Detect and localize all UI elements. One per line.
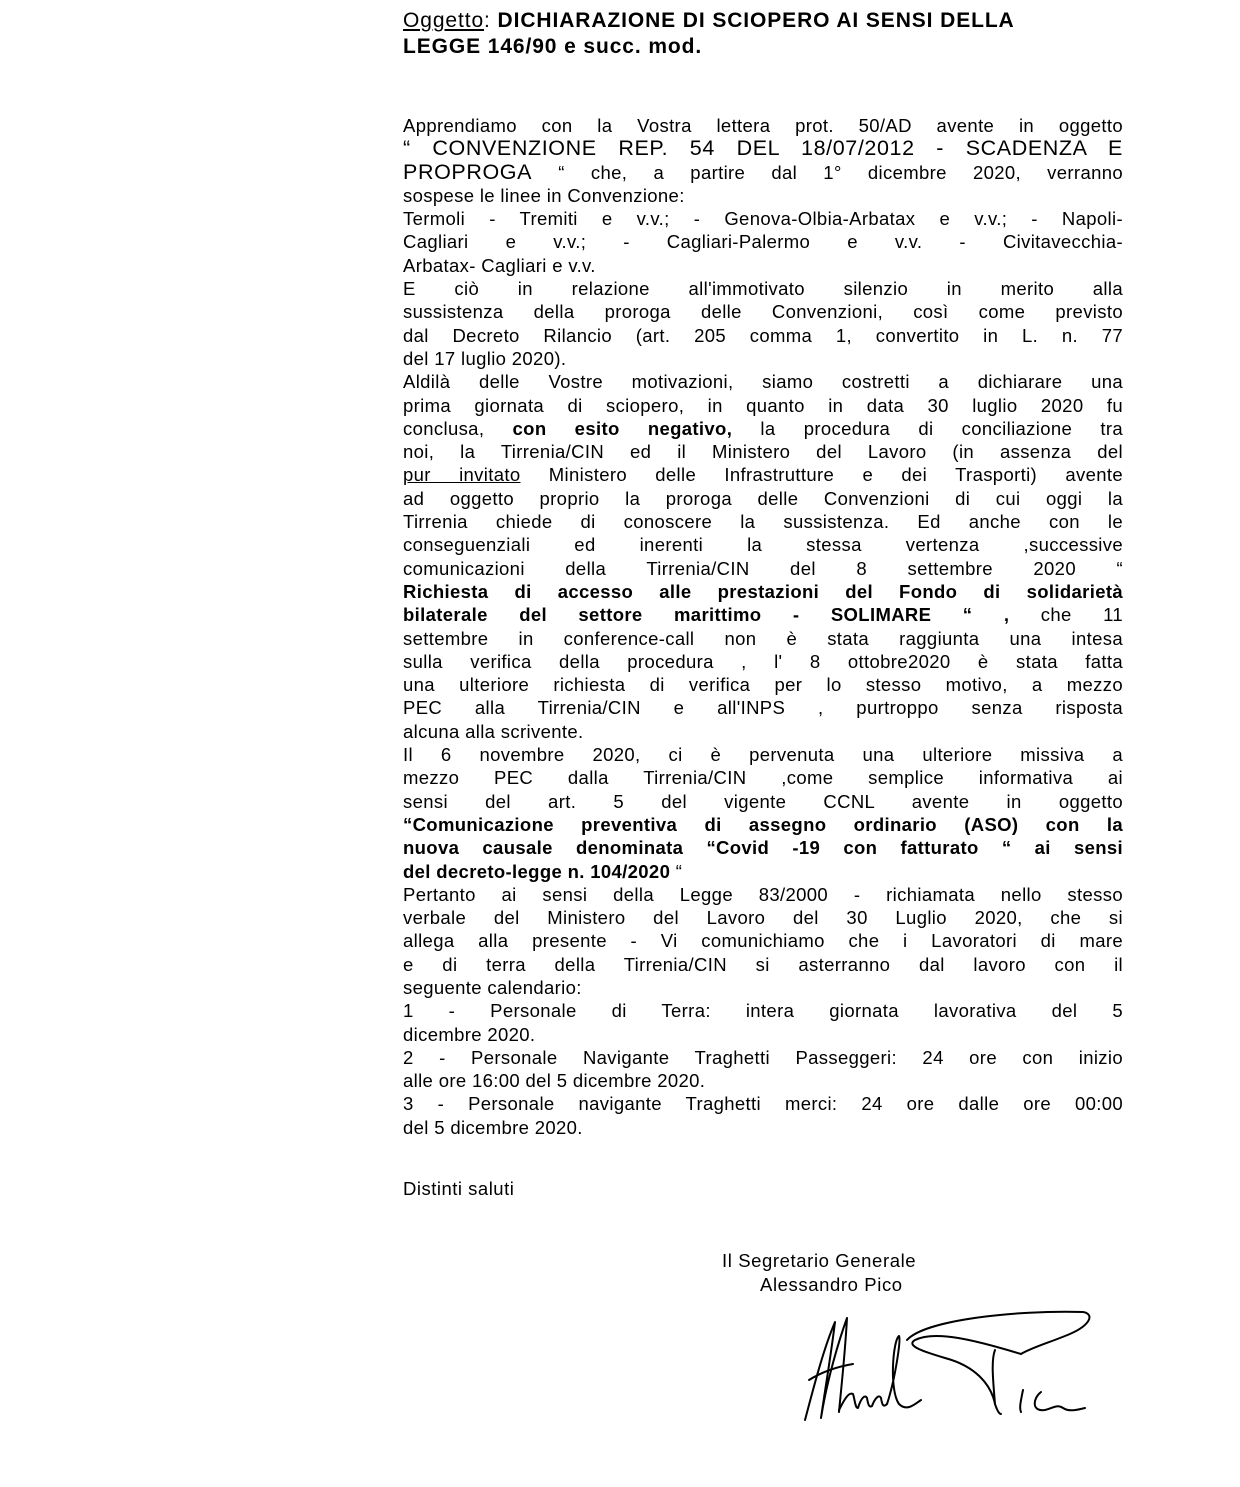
subject-heading: Oggetto: DICHIARAZIONE DI SCIOPERO AI SE… <box>403 8 1123 60</box>
body-line: alle ore 16:00 del 5 dicembre 2020. <box>403 1069 1123 1092</box>
body-line: PROPROGA “ che, a partire dal 1° dicembr… <box>403 161 1123 184</box>
body-line: “ CONVENZIONE REP. 54 DEL 18/07/2012 - S… <box>403 137 1123 160</box>
subject-label: Oggetto <box>403 9 484 32</box>
body-line: Il 6 novembre 2020, ci è pervenuta una u… <box>403 743 1123 766</box>
underlined-text: pur invitato <box>403 464 521 485</box>
body-line: Pertanto ai sensi della Legge 83/2000 - … <box>403 883 1123 906</box>
body-line: prima giornata di sciopero, in quanto in… <box>403 394 1123 417</box>
body-line: “Comunicazione preventiva di assegno ord… <box>403 813 1123 836</box>
signature-icon <box>795 1300 1095 1430</box>
schedule-item: 1 - Personale di Terra: intera giornata … <box>403 999 1123 1022</box>
body-line: sulla verifica della procedura , l' 8 ot… <box>403 650 1123 673</box>
body-line: PEC alla Tirrenia/CIN e all'INPS , purtr… <box>403 696 1123 719</box>
subject-title-line2: LEGGE 146/90 e succ. mod. <box>403 35 702 58</box>
letter-body: Apprendiamo con la Vostra lettera prot. … <box>403 114 1123 1139</box>
body-line: alcuna alla scrivente. <box>403 720 1123 743</box>
body-line: Arbatax- Cagliari e v.v. <box>403 254 1123 277</box>
emphasis-text: con esito negativo, <box>513 418 733 439</box>
body-line: sussistenza della proroga delle Convenzi… <box>403 300 1123 323</box>
subject-separator: : <box>484 9 491 32</box>
body-line: Cagliari e v.v.; - Cagliari-Palermo e v.… <box>403 230 1123 253</box>
signer-name: Alessandro Pico <box>722 1273 982 1297</box>
body-line: bilaterale del settore marittimo - SOLIM… <box>403 603 1123 626</box>
body-line: del decreto-legge n. 104/2020 “ <box>403 860 1123 883</box>
subject-title-line1: DICHIARAZIONE DI SCIOPERO AI SENSI DELLA <box>498 9 1015 32</box>
body-line: sensi del art. 5 del vigente CCNL avente… <box>403 790 1123 813</box>
body-line: sospese le linee in Convenzione: <box>403 184 1123 207</box>
body-line: comunicazioni della Tirrenia/CIN del 8 s… <box>403 557 1123 580</box>
body-line: noi, la Tirrenia/CIN ed il Ministero del… <box>403 440 1123 463</box>
body-line: conseguenziali ed inerenti la stessa ver… <box>403 533 1123 556</box>
body-line: E ciò in relazione all'immotivato silenz… <box>403 277 1123 300</box>
body-line: nuova causale denominata “Covid -19 con … <box>403 836 1123 859</box>
body-line: una ulteriore richiesta di verifica per … <box>403 673 1123 696</box>
body-line: del 5 dicembre 2020. <box>403 1116 1123 1139</box>
body-line: dicembre 2020. <box>403 1023 1123 1046</box>
body-line: ad oggetto proprio la proroga delle Conv… <box>403 487 1123 510</box>
signer-block: Il Segretario Generale Alessandro Pico <box>722 1249 982 1297</box>
body-line: Aldilà delle Vostre motivazioni, siamo c… <box>403 370 1123 393</box>
body-line: verbale del Ministero del Lavoro del 30 … <box>403 906 1123 929</box>
body-line: mezzo PEC dalla Tirrenia/CIN ,come sempl… <box>403 766 1123 789</box>
body-line: dal Decreto Rilancio (art. 205 comma 1, … <box>403 324 1123 347</box>
body-line: Richiesta di accesso alle prestazioni de… <box>403 580 1123 603</box>
body-line: Tirrenia chiede di conoscere la sussiste… <box>403 510 1123 533</box>
body-line: del 17 luglio 2020). <box>403 347 1123 370</box>
schedule-item: 2 - Personale Navigante Traghetti Passeg… <box>403 1046 1123 1069</box>
body-line: conclusa, con esito negativo, la procedu… <box>403 417 1123 440</box>
body-line: Apprendiamo con la Vostra lettera prot. … <box>403 114 1123 137</box>
body-line: Termoli - Tremiti e v.v.; - Genova-Olbia… <box>403 207 1123 230</box>
signer-role: Il Segretario Generale <box>722 1249 982 1273</box>
closing-salutation: Distinti saluti <box>403 1178 514 1200</box>
body-line: settembre in conference-call non è stata… <box>403 627 1123 650</box>
body-line: allega alla presente - Vi comunichiamo c… <box>403 929 1123 952</box>
schedule-item: 3 - Personale navigante Traghetti merci:… <box>403 1092 1123 1115</box>
body-line: e di terra della Tirrenia/CIN si asterra… <box>403 953 1123 976</box>
body-line: seguente calendario: <box>403 976 1123 999</box>
body-line: pur invitato Ministero delle Infrastrutt… <box>403 463 1123 486</box>
document-page: Oggetto: DICHIARAZIONE DI SCIOPERO AI SE… <box>0 0 1240 1487</box>
